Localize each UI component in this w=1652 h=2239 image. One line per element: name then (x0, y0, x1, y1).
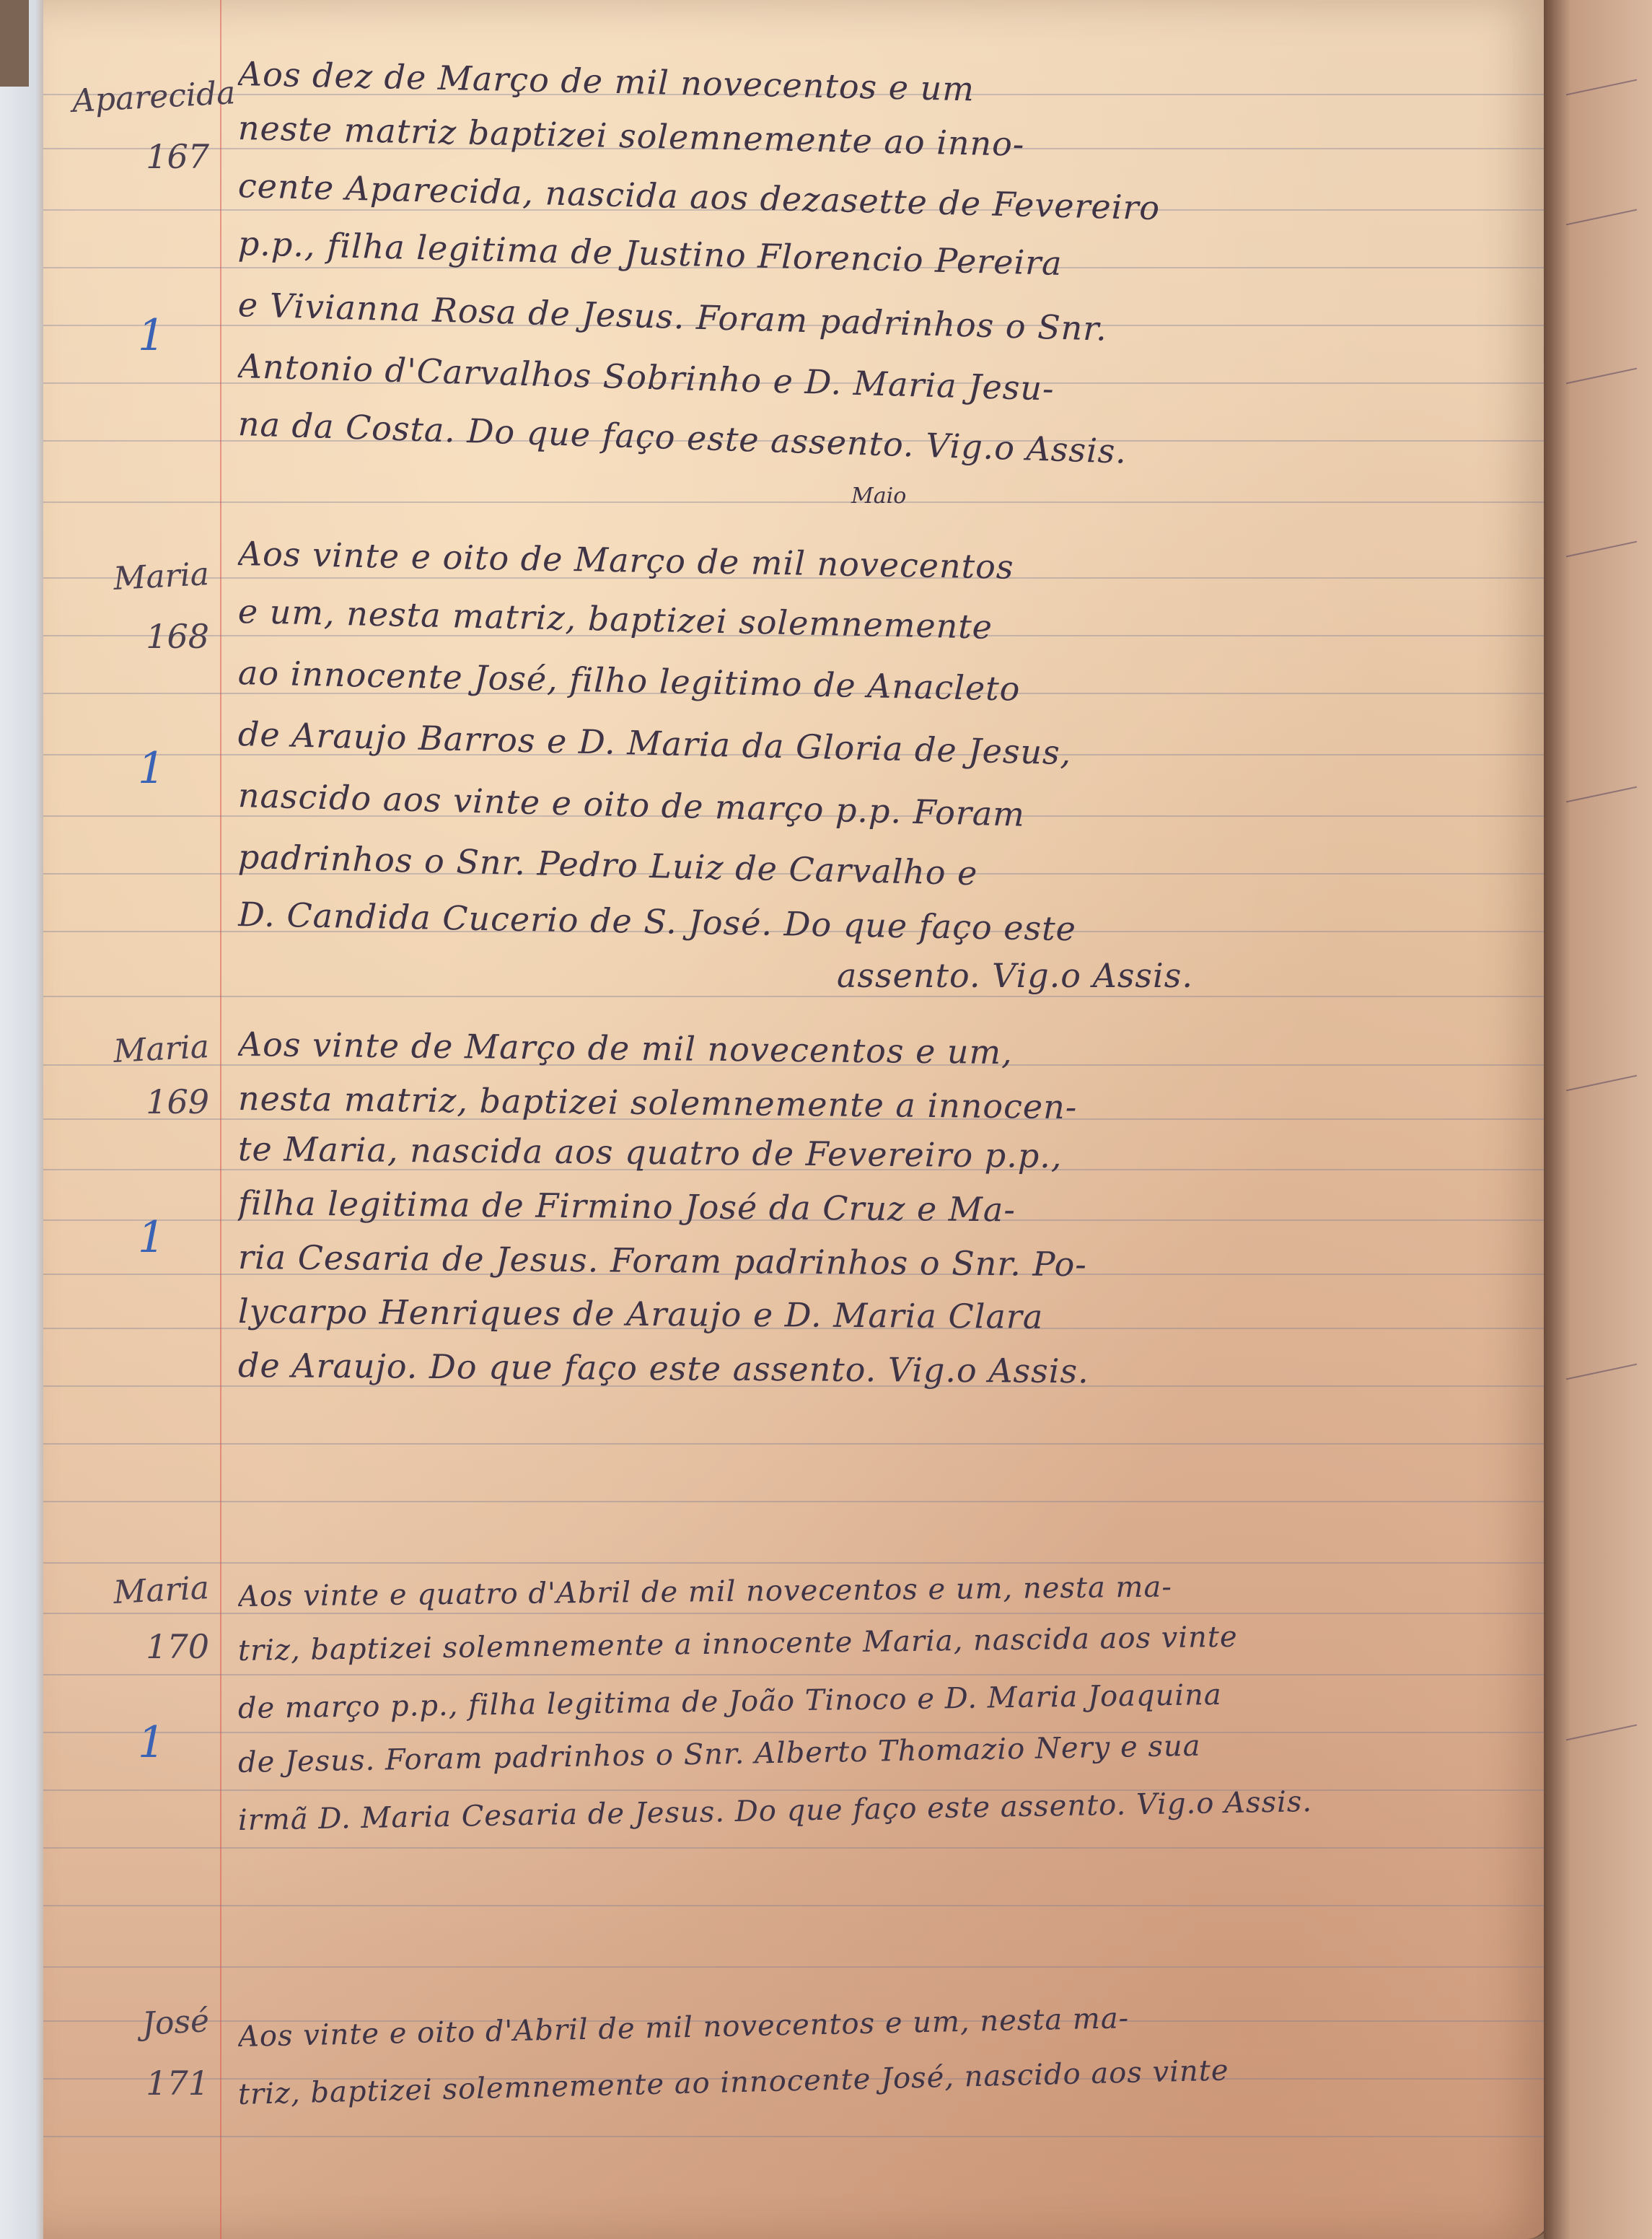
insertion-above-line: Maio (851, 483, 906, 509)
entry-number: 167 (101, 137, 209, 176)
margin-name: Maria (71, 556, 210, 600)
register-page: Aparecida 167 1 Aos dez de Março de mil … (43, 0, 1555, 2239)
entry-line: Aos vinte e oito d'Abril de mil novecent… (238, 1994, 1530, 2054)
entry-number: 170 (101, 1627, 209, 1666)
entry-line: Aos vinte e oito de Março de mil novecen… (238, 534, 1530, 595)
entry-line: cente Aparecida, nascida aos dezasette d… (237, 166, 1529, 237)
entry-line: te Maria, nascida aos quatro de Fevereir… (238, 1129, 1529, 1180)
entry-line: triz, baptizei solemnemente ao innocente… (237, 2046, 1529, 2111)
blue-tally-mark: 1 (130, 1717, 173, 1768)
entry-line: Aos dez de Março de mil novecentos e um (237, 54, 1529, 120)
blue-tally-mark: 1 (130, 310, 173, 361)
entry-line: padrinhos o Snr. Pedro Luiz de Carvalho … (237, 837, 1529, 906)
blue-tally-mark: 1 (130, 1212, 173, 1263)
margin-name: Maria (71, 1028, 210, 1072)
entry-line: e Vivianna Rosa de Jesus. Foram padrinho… (237, 285, 1529, 360)
entry-number: 171 (101, 2064, 209, 2103)
entry-line: filha legitima de Firmino José da Cruz e… (238, 1183, 1529, 1234)
entry-number: 169 (101, 1082, 209, 1121)
facing-page-edge (1544, 0, 1652, 2239)
entry-line: p.p., filha legitima de Justino Florenci… (237, 224, 1529, 294)
entry-line: Aos vinte e quatro d'Abril de mil novece… (238, 1567, 1529, 1613)
entry-line: triz, baptizei solemnemente a innocente … (238, 1616, 1529, 1668)
entry-number: 168 (101, 617, 209, 656)
entry-line: nascido aos vinte e oito de março p.p. F… (237, 776, 1529, 846)
blue-tally-mark: 1 (130, 743, 173, 794)
entry-line: de março p.p., filha legitima de João Ti… (238, 1674, 1529, 1725)
margin-name: Maria (71, 1569, 210, 1613)
entry-line: e um, nesta matriz, baptizei solemnement… (237, 592, 1529, 657)
entry-line: Aos vinte de Março de mil novecentos e u… (238, 1025, 1529, 1077)
margin-name: Aparecida (71, 76, 210, 120)
entry-line: D. Candida Cucerio de S. José. Do que fa… (238, 895, 1530, 956)
entry-line: nesta matriz, baptizei solemnemente a in… (238, 1079, 1529, 1131)
entry-signature-line: assento. Vig.o Assis. (837, 956, 1529, 995)
margin-name: José (71, 2002, 210, 2046)
entry-line: lycarpo Henriques de Araujo e D. Maria C… (238, 1292, 1529, 1339)
entry-line: ao innocente José, filho legitimo de Ana… (237, 653, 1529, 719)
entry-line: neste matriz baptizei solemnemente ao in… (237, 108, 1529, 174)
entry-line: ria Cesaria de Jesus. Foram padrinhos o … (238, 1237, 1529, 1288)
entry-line: de Araujo Barros e D. Maria da Gloria de… (237, 714, 1529, 783)
